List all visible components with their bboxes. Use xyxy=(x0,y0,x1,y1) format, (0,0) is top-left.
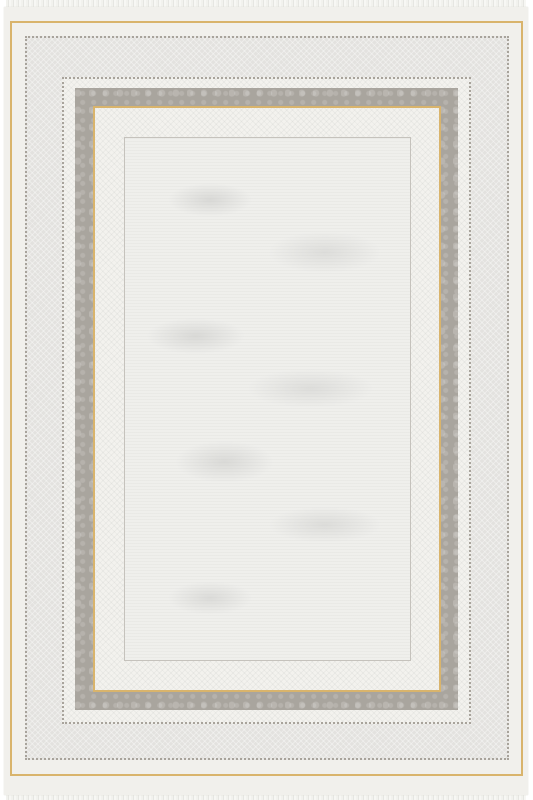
center-field-outline xyxy=(124,137,411,661)
